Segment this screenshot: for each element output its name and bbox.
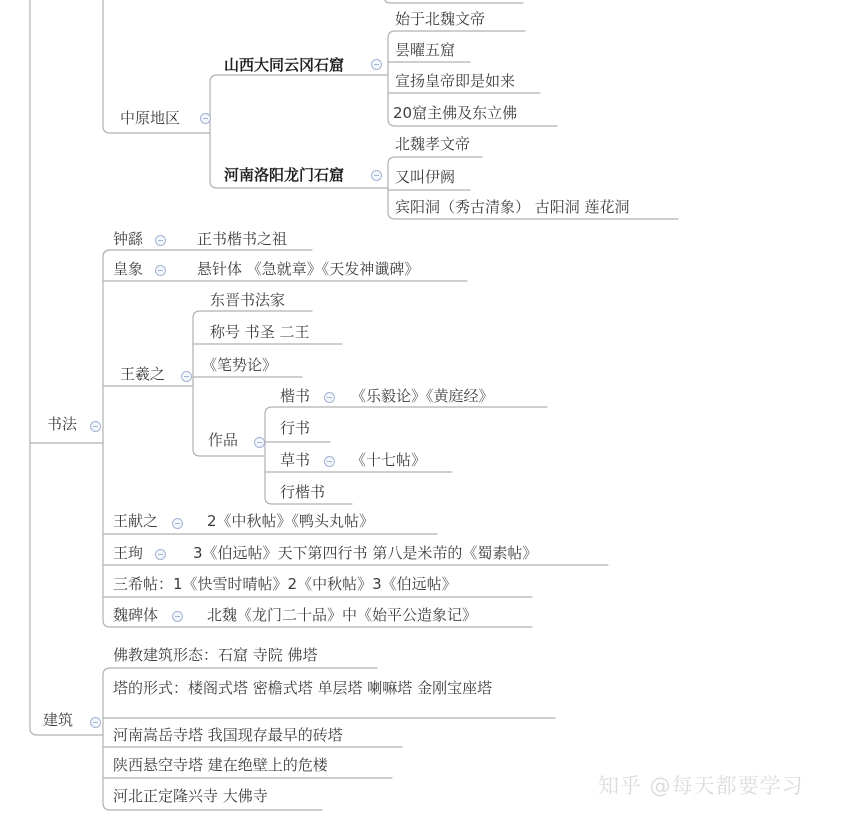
- node-xingshu[interactable]: 行书: [280, 420, 310, 437]
- collapse-icon[interactable]: [371, 59, 382, 70]
- node-longmen-yique[interactable]: 又叫伊阙: [395, 169, 455, 186]
- node-longmen-caves[interactable]: 宾阳洞（秀古清象） 古阳洞 莲花洞: [395, 199, 630, 216]
- node-caoshu-detail[interactable]: 《十七帖》: [351, 452, 426, 469]
- node-songyue-pagoda[interactable]: 河南嵩岳寺塔 我国现存最早的砖塔: [113, 727, 343, 744]
- collapse-icon[interactable]: [172, 611, 183, 622]
- collapse-icon[interactable]: [172, 518, 183, 529]
- node-longmen-emperor[interactable]: 北魏孝文帝: [395, 136, 470, 153]
- node-buddhist-forms[interactable]: 佛教建筑形态：石窟 寺院 佛塔: [113, 647, 318, 664]
- node-wangxizhi-title[interactable]: 称号 书圣 二王: [210, 324, 310, 341]
- collapse-icon[interactable]: [90, 717, 101, 728]
- collapse-icon[interactable]: [155, 549, 166, 560]
- collapse-icon[interactable]: [324, 392, 335, 403]
- node-yungang-emperor[interactable]: 宣扬皇帝即是如来: [395, 73, 515, 90]
- node-caoshu[interactable]: 草书: [280, 452, 310, 469]
- node-pagoda-forms[interactable]: 塔的形式：楼阁式塔 密檐式塔 单层塔 喇嘛塔 金刚宝座塔: [113, 678, 553, 699]
- node-xingkaishu[interactable]: 行楷书: [280, 484, 325, 501]
- collapse-icon[interactable]: [155, 265, 166, 276]
- collapse-icon[interactable]: [254, 437, 265, 448]
- node-wangxizhi-bishilun[interactable]: 《笔势论》: [202, 357, 277, 374]
- node-zhongyao-detail[interactable]: 正书楷书之祖: [197, 231, 287, 248]
- collapse-icon[interactable]: [200, 113, 211, 124]
- zhihu-watermark: 知乎 @每天都要学习: [598, 770, 804, 800]
- collapse-icon[interactable]: [155, 235, 166, 246]
- node-zhongyao[interactable]: 钟繇: [113, 231, 143, 248]
- node-longxing-temple[interactable]: 河北正定隆兴寺 大佛寺: [113, 788, 268, 805]
- node-wangxianzhi-detail[interactable]: 2《中秋帖》《鸭头丸帖》: [207, 513, 374, 530]
- mindmap-canvas: 中原地区 山西大同云冈石窟 始于北魏文帝 昙曜五窟 宣扬皇帝即是如来 20窟主佛…: [0, 0, 846, 818]
- node-wangxizhi-dynasty[interactable]: 东晋书法家: [210, 292, 285, 309]
- node-sanxitie[interactable]: 三希帖：1《快雪时晴帖》2《中秋帖》3《伯远帖》: [113, 576, 457, 593]
- node-yungang-origin[interactable]: 始于北魏文帝: [395, 11, 485, 28]
- node-yungang-grottoes[interactable]: 山西大同云冈石窟: [224, 57, 344, 74]
- collapse-icon[interactable]: [324, 456, 335, 467]
- node-kaishu-detail[interactable]: 《乐毅论》《黄庭经》: [351, 388, 494, 405]
- node-weibei[interactable]: 魏碑体: [113, 607, 158, 624]
- node-wangxun-detail[interactable]: 3《伯远帖》天下第四行书 第八是米芾的《蜀素帖》: [193, 545, 537, 562]
- node-central-plains[interactable]: 中原地区: [120, 110, 180, 127]
- collapse-icon[interactable]: [371, 170, 382, 181]
- collapse-icon[interactable]: [90, 421, 101, 432]
- node-xuankong-temple[interactable]: 陕西悬空寺塔 建在绝壁上的危楼: [113, 757, 328, 774]
- node-wangxianzhi[interactable]: 王献之: [113, 513, 158, 530]
- node-wangxun[interactable]: 王珣: [113, 545, 143, 562]
- node-yungang-tanyao[interactable]: 昙曜五窟: [395, 42, 455, 59]
- node-wangxizhi[interactable]: 王羲之: [120, 366, 165, 383]
- node-calligraphy[interactable]: 书法: [47, 416, 77, 433]
- node-kaishu[interactable]: 楷书: [280, 388, 310, 405]
- node-huangxiang-detail[interactable]: 悬针体 《急就章》《天发神谶碑》: [197, 261, 419, 278]
- node-longmen-grottoes[interactable]: 河南洛阳龙门石窟: [224, 167, 344, 184]
- node-weibei-detail[interactable]: 北魏《龙门二十品》中《始平公造象记》: [207, 607, 477, 624]
- node-architecture[interactable]: 建筑: [43, 712, 73, 729]
- node-huangxiang[interactable]: 皇象: [113, 261, 143, 278]
- node-yungang-cave20[interactable]: 20窟主佛及东立佛: [393, 105, 517, 122]
- collapse-icon[interactable]: [181, 371, 192, 382]
- node-works[interactable]: 作品: [208, 432, 238, 449]
